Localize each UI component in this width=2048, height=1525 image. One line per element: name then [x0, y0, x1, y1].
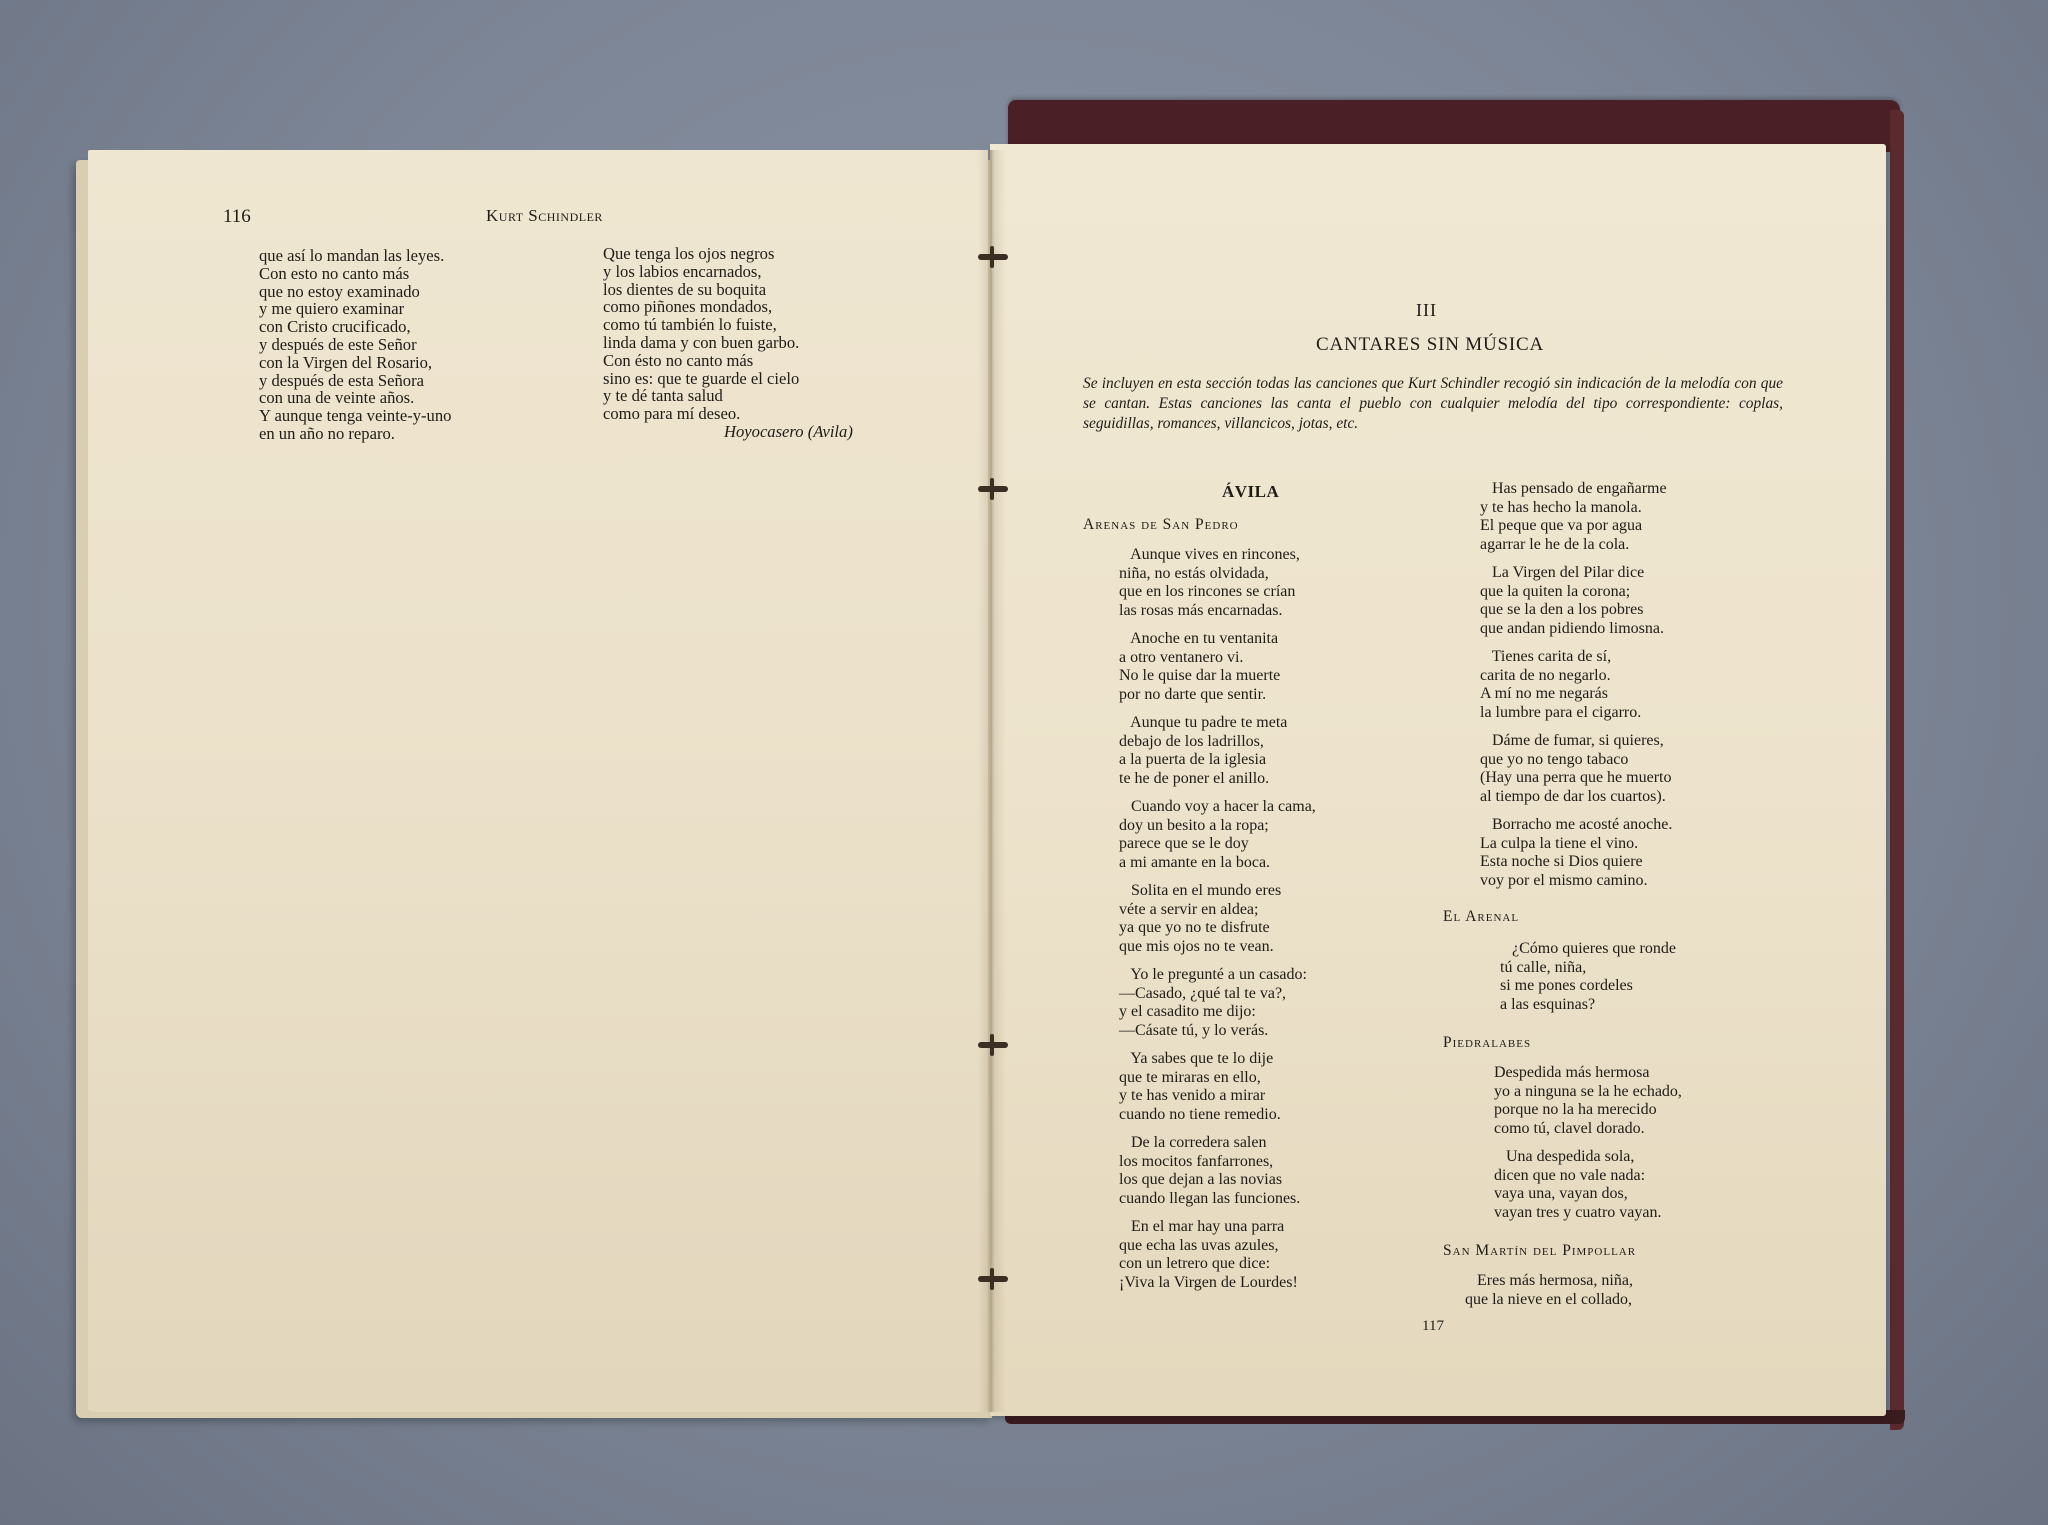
stanza: La Virgen del Pilar dice que la quiten l… — [1480, 564, 1664, 638]
village-heading-arenas: Arenas de San Pedro — [1083, 516, 1239, 534]
stanza: Yo le pregunté a un casado: —Casado, ¿qu… — [1119, 966, 1307, 1040]
village-heading-san-martin: San Martín del Pimpollar — [1443, 1242, 1636, 1260]
left-page — [88, 150, 988, 1412]
section-intro: Se incluyen en esta sección todas las ca… — [1083, 374, 1783, 434]
page-number-right: 117 — [1422, 1318, 1444, 1335]
place-signature: Hoyocasero (Avila) — [724, 422, 853, 442]
stanza: Cuando voy a hacer la cama, doy un besit… — [1119, 798, 1316, 872]
stanza: Una despedida sola, dicen que no vale na… — [1494, 1148, 1661, 1222]
province-heading: ÁVILA — [1222, 482, 1279, 502]
stanza: Has pensado de engañarme y te has hecho … — [1480, 480, 1667, 554]
left-verse-column-1: que así lo mandan las leyes. Con esto no… — [259, 247, 451, 443]
stanza: En el mar hay una parra que echa las uva… — [1119, 1218, 1298, 1292]
binding-stitch-icon — [978, 486, 1008, 492]
binding-thread — [990, 150, 992, 1412]
binding-stitch-icon — [978, 254, 1008, 260]
stanza: Tienes carita de sí, carita de no negarl… — [1480, 648, 1641, 722]
stanza: ¿Cómo quieres que ronde tú calle, niña, … — [1500, 940, 1676, 1014]
section-title: CANTARES SIN MÚSICA — [1300, 334, 1560, 356]
stanza: Ya sabes que te lo dije que te miraras e… — [1119, 1050, 1281, 1124]
stanza: Anoche en tu ventanita a otro ventanero … — [1119, 630, 1280, 704]
village-heading-piedralabes: Piedralabes — [1443, 1034, 1531, 1052]
section-number: III — [1416, 300, 1437, 321]
page-number-left: 116 — [223, 206, 251, 228]
stanza: Aunque vives en rincones, niña, no estás… — [1119, 546, 1300, 620]
book-gutter — [978, 150, 1006, 1412]
village-heading-el-arenal: El Arenal — [1443, 908, 1519, 926]
stanza: Aunque tu padre te meta debajo de los la… — [1119, 714, 1287, 788]
stanza: Dáme de fumar, si quieres, que yo no ten… — [1480, 732, 1671, 806]
stanza: Eres más hermosa, niña, que la nieve en … — [1465, 1272, 1633, 1309]
stanza: Despedida más hermosa yo a ninguna se la… — [1494, 1064, 1682, 1138]
stanza: Solita en el mundo eres véte a servir en… — [1119, 882, 1281, 956]
stanza: De la corredera salen los mocitos fanfar… — [1119, 1134, 1300, 1208]
left-verse-column-2: Que tenga los ojos negros y los labios e… — [603, 245, 799, 423]
stanza: Borracho me acosté anoche. La culpa la t… — [1480, 816, 1672, 890]
binding-stitch-icon — [978, 1276, 1008, 1282]
binding-stitch-icon — [978, 1042, 1008, 1048]
running-head: Kurt Schindler — [486, 206, 603, 226]
book-cover-right-edge — [1890, 110, 1904, 1430]
